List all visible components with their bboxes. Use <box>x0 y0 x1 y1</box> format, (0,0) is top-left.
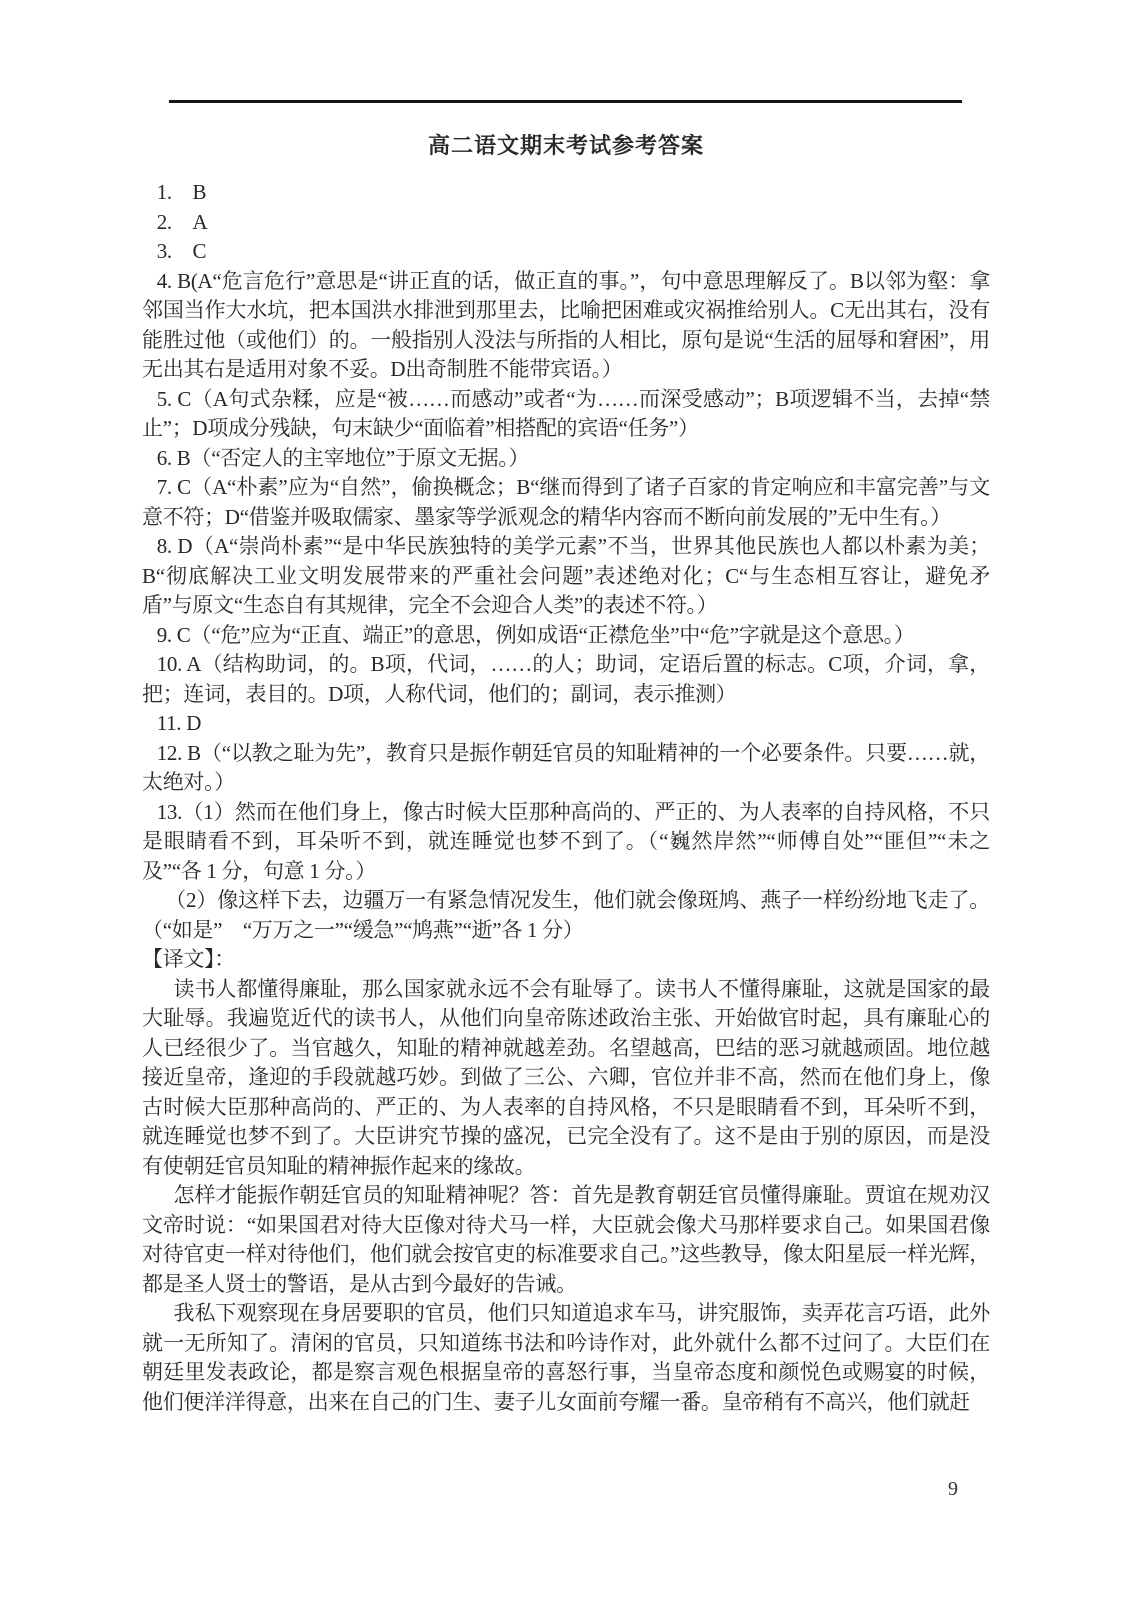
answer-3: 3. C <box>142 237 990 267</box>
answer-9: 9. C（“危”应为“正直、端正”的意思，例如成语“正襟危坐”中“危”字就是这个… <box>142 621 990 651</box>
answer-key-content: 高二语文期末考试参考答案 1. B 2. A 3. C 4. B(A“危言危行”… <box>142 131 990 1417</box>
answer-7: 7. C（A“朴素”应为“自然”，偷换概念；B“继而得到了诸子百家的肯定响应和丰… <box>142 473 990 532</box>
page-title: 高二语文期末考试参考答案 <box>142 131 990 161</box>
answer-10: 10. A（结构助词，的。B项，代词，……的人；助词，定语后置的标志。C项，介词… <box>142 650 990 709</box>
translation-label: 【译文】： <box>142 945 990 975</box>
translation-paragraph-2: 怎样才能振作朝廷官员的知耻精神呢？答：首先是教育朝廷官员懂得廉耻。贾谊在规劝汉文… <box>142 1181 990 1299</box>
header-rule <box>169 100 962 103</box>
answer-5: 5. C（A句式杂糅，应是“被……而感动”或者“为……而深受感动”；B项逻辑不当… <box>142 385 990 444</box>
answer-11: 11. D <box>142 709 990 739</box>
answer-1: 1. B <box>142 178 990 208</box>
answer-4: 4. B(A“危言危行”意思是“讲正直的话，做正直的事。”，句中意思理解反了。B… <box>142 267 990 385</box>
answer-6: 6. B（“否定人的主宰地位”于原文无据。） <box>142 444 990 474</box>
page-number: 9 <box>948 1478 958 1501</box>
answer-8: 8. D（A“崇尚朴素”“是中华民族独特的美学元素”不当，世界其他民族也人都以朴… <box>142 532 990 621</box>
answer-2: 2. A <box>142 208 990 238</box>
translation-paragraph-3: 我私下观察现在身居要职的官员，他们只知道追求车马，讲究服饰，卖弄花言巧语，此外就… <box>142 1299 990 1417</box>
answer-12: 12. B（“以教之耻为先”，教育只是振作朝廷官员的知耻精神的一个必要条件。只要… <box>142 739 990 798</box>
answer-13-part2: （2）像这样下去，边疆万一有紧急情况发生，他们就会像斑鸠、燕子一样纷纷地飞走了。… <box>142 886 990 945</box>
answer-13-part1: 13.（1）然而在他们身上，像古时候大臣那种高尚的、严正的、为人表率的自持风格，… <box>142 798 990 887</box>
translation-paragraph-1: 读书人都懂得廉耻，那么国家就永远不会有耻辱了。读书人不懂得廉耻，这就是国家的最大… <box>142 975 990 1182</box>
